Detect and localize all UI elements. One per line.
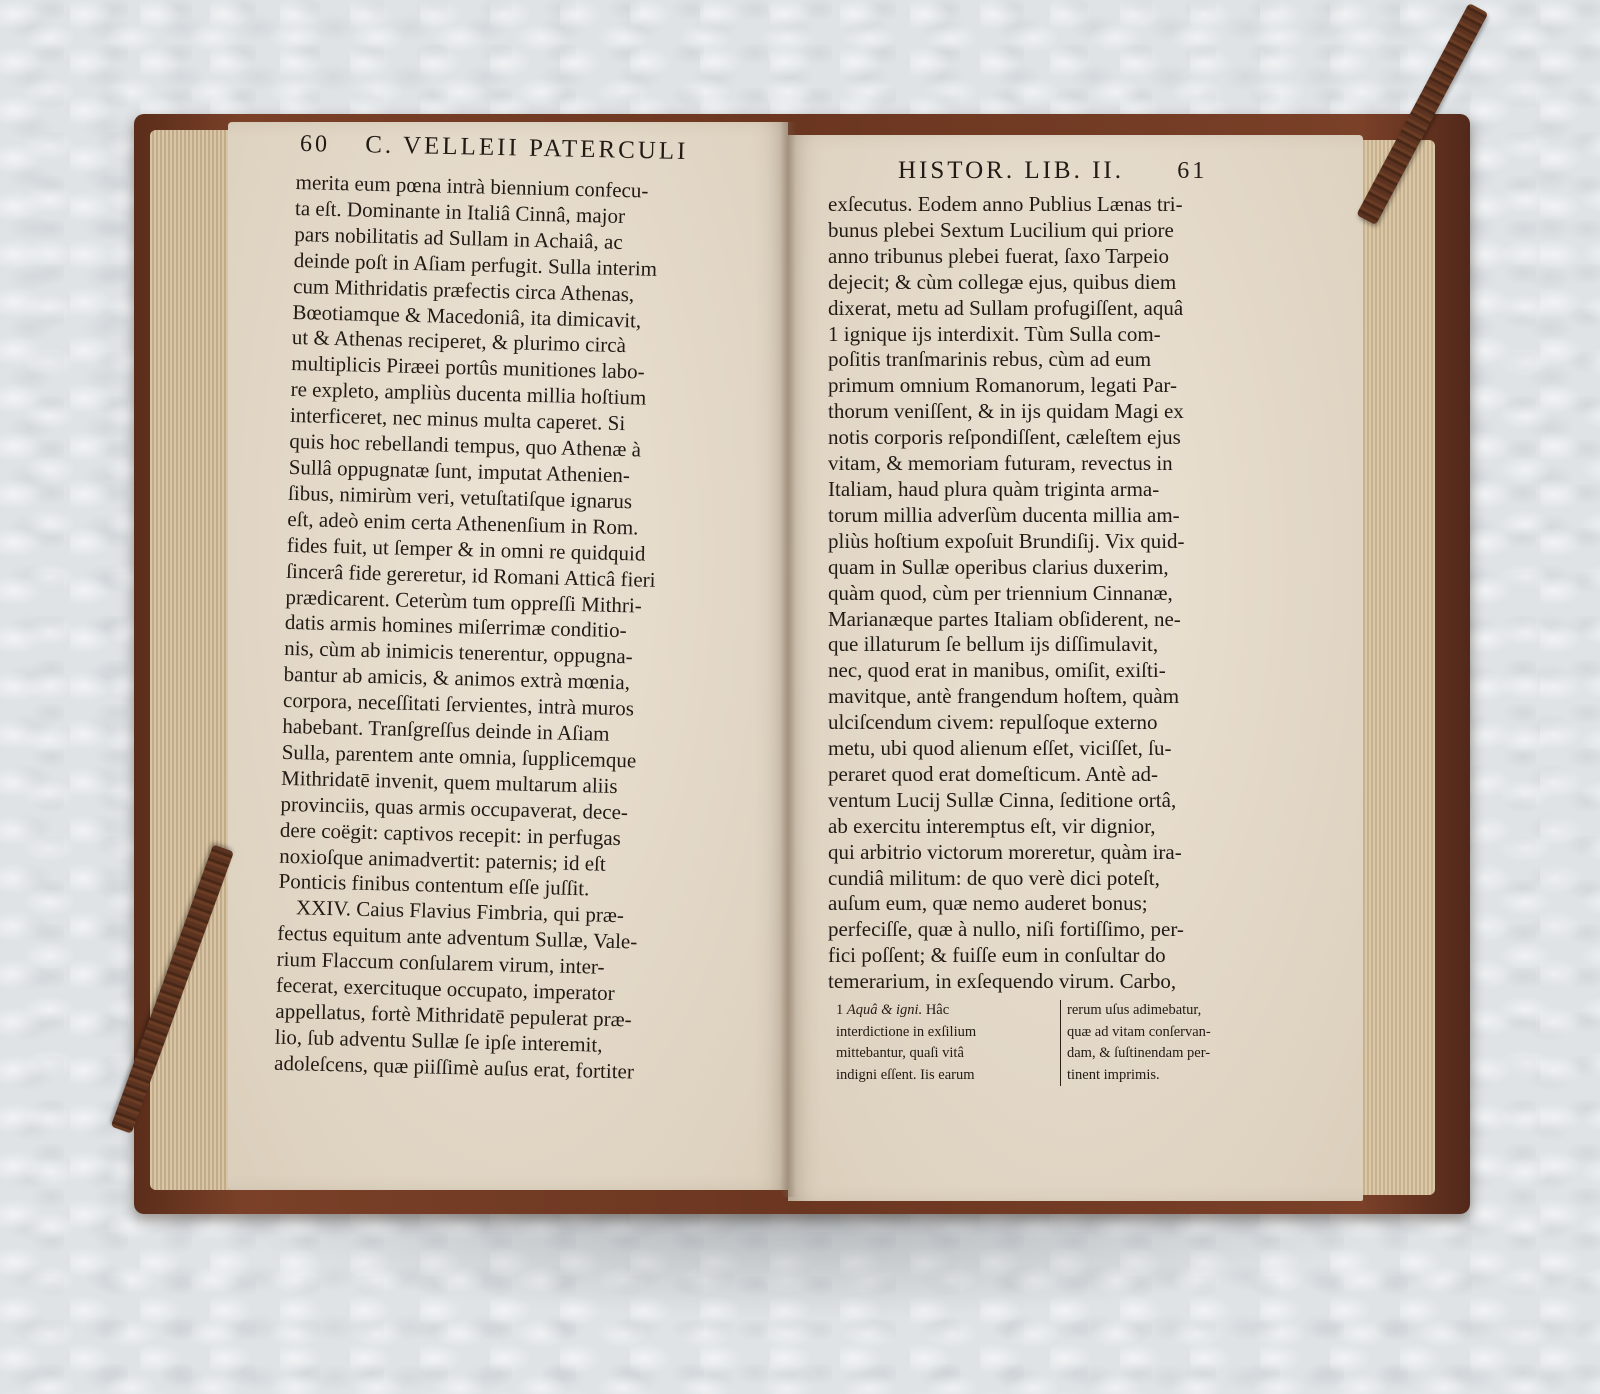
text-line: torum millia adverſùm ducenta millia am- <box>828 503 1185 529</box>
footnote-text: interdictione in exſilium <box>836 1024 976 1040</box>
right-page-body: exſecutus. Eodem anno Publius Lænas tri-… <box>828 192 1185 995</box>
text-line: que illaturum ſe bellum ijs diſſimulavit… <box>828 632 1185 658</box>
text-line: auſum eum, quæ nemo auderet bonus; <box>828 891 1185 917</box>
footnote-text: tinent imprimis. <box>1067 1067 1160 1083</box>
text-line: vitam, & memoriam futuram, revectus in <box>828 451 1185 477</box>
page-edges-right <box>1355 140 1435 1195</box>
running-head-title: C. VELLEII PATERCULI <box>365 131 689 165</box>
right-page: HISTOR. LIB. II. 61 exſecutus. Eodem ann… <box>788 135 1363 1201</box>
right-running-head: HISTOR. LIB. II. 61 <box>898 157 1207 185</box>
text-line: thorum veniſſent, & in ijs quidam Magi e… <box>828 399 1185 425</box>
footnote-marker: 1 <box>836 1002 843 1018</box>
footnote-lemma: Aquâ & igni. <box>847 1002 922 1018</box>
footnote-text: Hâc <box>926 1002 949 1018</box>
footnote-column-2: rerum uſus adimebatur, quæ ad vitam conſ… <box>1061 1000 1286 1086</box>
book-gutter <box>780 122 796 1197</box>
text-line: pliùs hoſtium expoſuit Brundiſij. Vix qu… <box>828 529 1185 555</box>
text-line: exſecutus. Eodem anno Publius Lænas tri- <box>828 192 1185 218</box>
text-line: bunus plebei Sextum Lucilium qui priore <box>828 218 1185 244</box>
text-line: ventum Lucij Sullæ Cinna, ſeditione ortâ… <box>828 788 1185 814</box>
left-page-body: merita eum pœna intrà biennium confecu- … <box>274 170 665 1085</box>
left-page: 60 C. VELLEII PATERCULI merita eum pœna … <box>228 122 788 1190</box>
text-line: poſitis tranſmarinis rebus, cùm ad eum <box>828 347 1185 373</box>
page-number-60: 60 <box>300 131 331 158</box>
text-line: ab exercitu interemptus eſt, vir dignior… <box>828 814 1185 840</box>
footnote-column-1: 1 Aquâ & igni. Hâc interdictione in exſi… <box>836 1000 1061 1086</box>
footnote-text: quæ ad vitam conſervan- <box>1067 1024 1211 1040</box>
text-line: qui arbitrio victorum moreretur, quàm ir… <box>828 840 1185 866</box>
left-running-head: 60 C. VELLEII PATERCULI <box>300 130 689 166</box>
footnote-text: indigni eſſent. Iis earum <box>836 1067 975 1083</box>
text-line: anno tribunus plebei fuerat, ſaxo Tarpei… <box>828 244 1185 270</box>
text-line: dixerat, metu ad Sullam profugiſſent, aq… <box>828 296 1185 322</box>
text-line: peraret quod erat domeſticum. Antè ad- <box>828 762 1185 788</box>
text-line: nec, quod erat in manibus, omiſit, exiſt… <box>828 658 1185 684</box>
text-line: cundiâ militum: de quo verè dici poteſt, <box>828 866 1185 892</box>
text-line: Marianæque partes Italiam obſiderent, ne… <box>828 607 1185 633</box>
text-line: metu, ubi quod alienum eſſet, viciſſet, … <box>828 736 1185 762</box>
footnote-text: dam, & ſuſtinendam per- <box>1067 1045 1210 1061</box>
footnote-text: mittebantur, quaſi vitâ <box>836 1045 964 1061</box>
text-line: ulciſcendum civem: repulſoque externo <box>828 710 1185 736</box>
text-line: 1 ignique ijs interdixit. Tùm Sulla com- <box>828 322 1185 348</box>
footnote: 1 Aquâ & igni. Hâc interdictione in exſi… <box>836 1000 1286 1086</box>
footnote-text: rerum uſus adimebatur, <box>1067 1002 1201 1018</box>
text-line: quam in Sullæ operibus clarius duxerim, <box>828 555 1185 581</box>
text-line: dejecit; & cùm collegæ ejus, quibus diem <box>828 270 1185 296</box>
text-line: quàm quod, cùm per triennium Cinnanæ, <box>828 581 1185 607</box>
running-head-title: HISTOR. LIB. II. <box>898 157 1124 184</box>
text-line: Italiam, haud plura quàm triginta arma- <box>828 477 1185 503</box>
text-line: mavitque, antè frangendum hoſtem, quàm <box>828 684 1185 710</box>
text-line: primum omnium Romanorum, legati Par- <box>828 373 1185 399</box>
text-line: perfeciſſe, quæ à nullo, niſi fortiſſimo… <box>828 917 1185 943</box>
text-line: temerarium, in exſequendo virum. Carbo, <box>828 969 1185 995</box>
page-number-61: 61 <box>1177 158 1207 184</box>
text-line: notis corporis reſpondiſſent, cæleſtem e… <box>828 425 1185 451</box>
text-line: fici poſſent; & fuiſſe eum in conſultar … <box>828 943 1185 969</box>
